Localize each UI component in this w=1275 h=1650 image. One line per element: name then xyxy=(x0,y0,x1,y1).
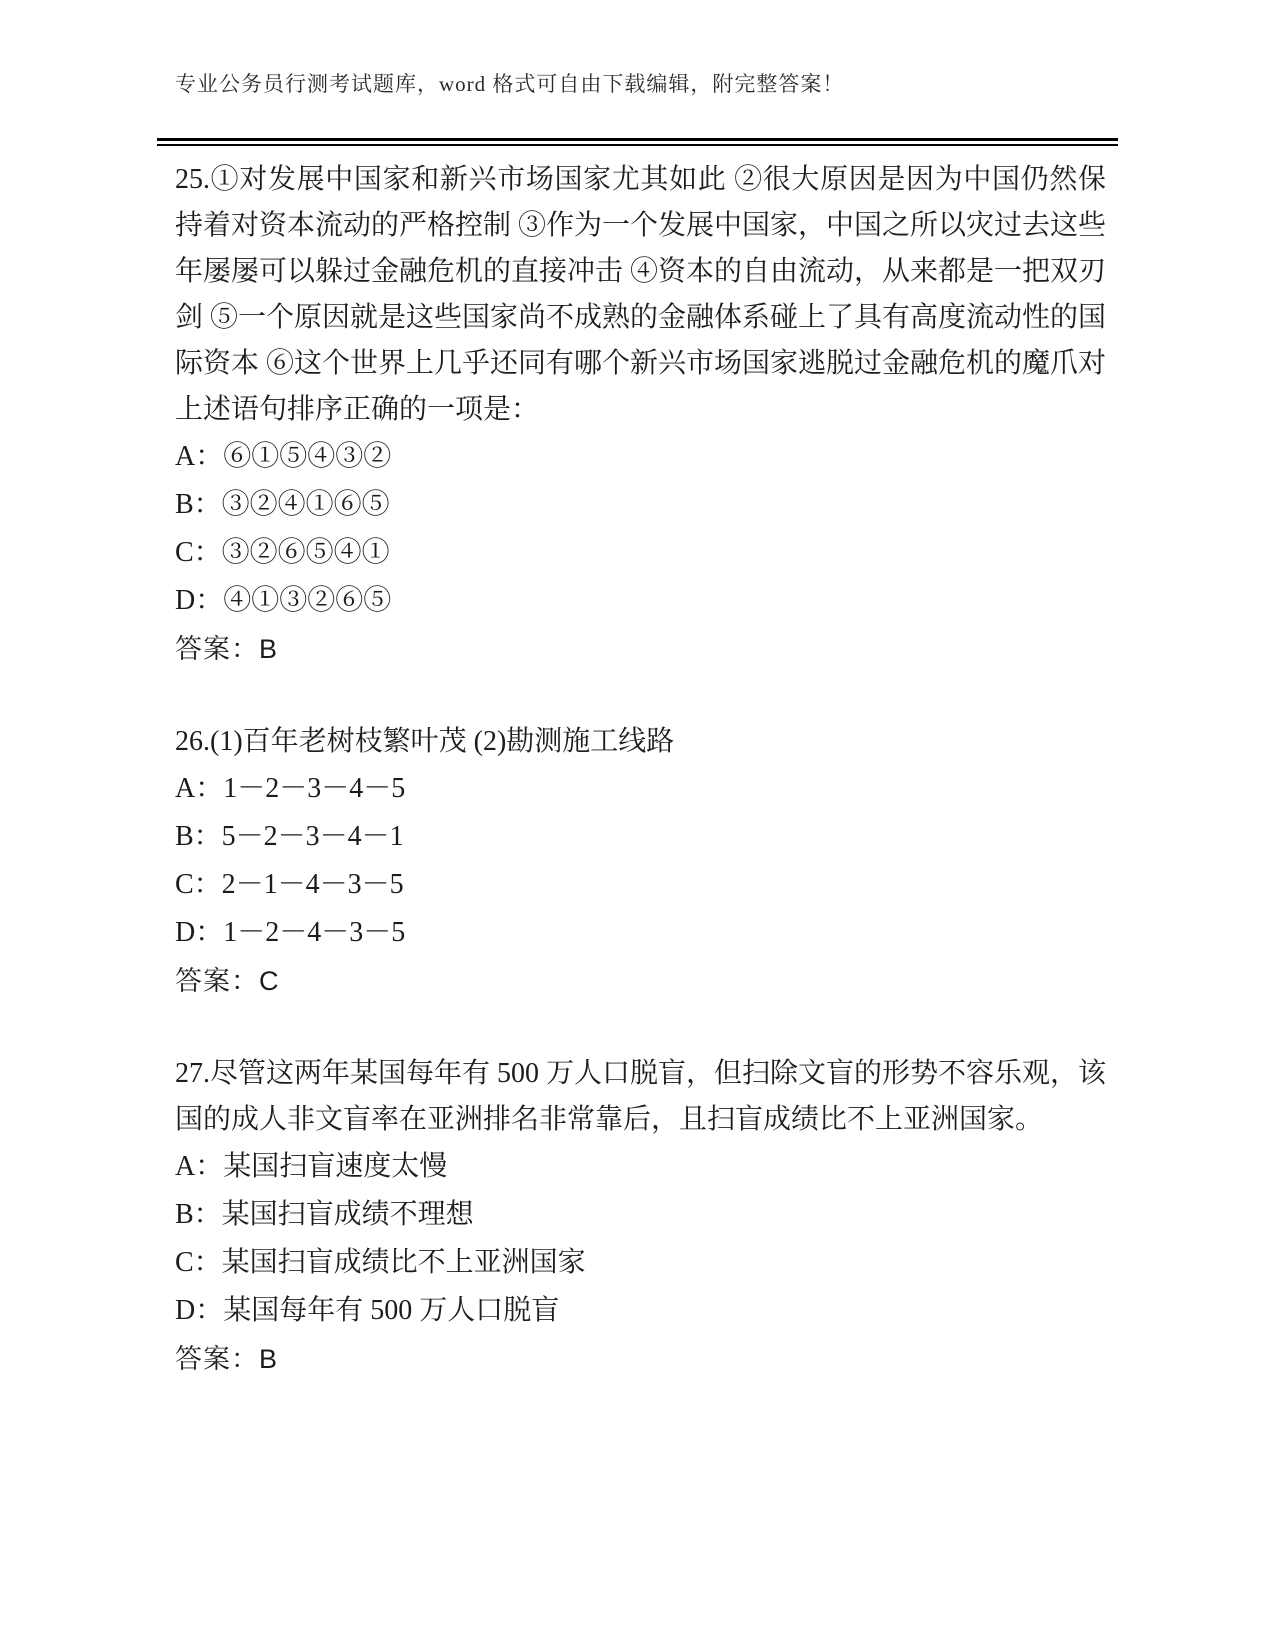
question-27-answer: 答案：B xyxy=(175,1335,1106,1383)
question-26-answer: 答案：C xyxy=(175,957,1106,1005)
question-27-option-b: B：某国扫盲成绩不理想 xyxy=(175,1191,1106,1239)
question-25-option-a: A：⑥①⑤④③② xyxy=(175,433,1106,481)
question-25-answer: 答案：B xyxy=(175,625,1106,673)
question-26-option-b: B：5－2－3－4－1 xyxy=(175,813,1106,861)
document-page: 专业公务员行测考试题库，word 格式可自由下载编辑，附完整答案！ 25.①对发… xyxy=(0,0,1275,1650)
header-divider xyxy=(157,138,1118,146)
question-26-option-c: C：2－1－4－3－5 xyxy=(175,861,1106,909)
question-27: 27.尽管这两年某国每年有 500 万人口脱盲，但扫除文盲的形势不容乐观，该国的… xyxy=(175,1051,1106,1383)
question-27-stem: 27.尽管这两年某国每年有 500 万人口脱盲，但扫除文盲的形势不容乐观，该国的… xyxy=(175,1051,1106,1143)
document-body: 25.①对发展中国家和新兴市场国家尤其如此 ②很大原因是因为中国仍然保持着对资本… xyxy=(175,157,1106,1429)
question-25-option-d: D：④①③②⑥⑤ xyxy=(175,577,1106,625)
question-27-option-a: A：某国扫盲速度太慢 xyxy=(175,1143,1106,1191)
question-25: 25.①对发展中国家和新兴市场国家尤其如此 ②很大原因是因为中国仍然保持着对资本… xyxy=(175,157,1106,673)
question-25-option-c: C：③②⑥⑤④① xyxy=(175,529,1106,577)
header-note: 专业公务员行测考试题库，word 格式可自由下载编辑，附完整答案！ xyxy=(175,68,1120,98)
question-27-option-d: D：某国每年有 500 万人口脱盲 xyxy=(175,1287,1106,1335)
question-25-stem: 25.①对发展中国家和新兴市场国家尤其如此 ②很大原因是因为中国仍然保持着对资本… xyxy=(175,157,1106,433)
question-26-option-d: D：1－2－4－3－5 xyxy=(175,909,1106,957)
question-26: 26.(1)百年老树枝繁叶茂 (2)勘测施工线路 A：1－2－3－4－5 B：5… xyxy=(175,719,1106,1005)
question-25-option-b: B：③②④①⑥⑤ xyxy=(175,481,1106,529)
question-26-stem: 26.(1)百年老树枝繁叶茂 (2)勘测施工线路 xyxy=(175,719,1106,765)
question-27-option-c: C：某国扫盲成绩比不上亚洲国家 xyxy=(175,1239,1106,1287)
question-26-option-a: A：1－2－3－4－5 xyxy=(175,765,1106,813)
